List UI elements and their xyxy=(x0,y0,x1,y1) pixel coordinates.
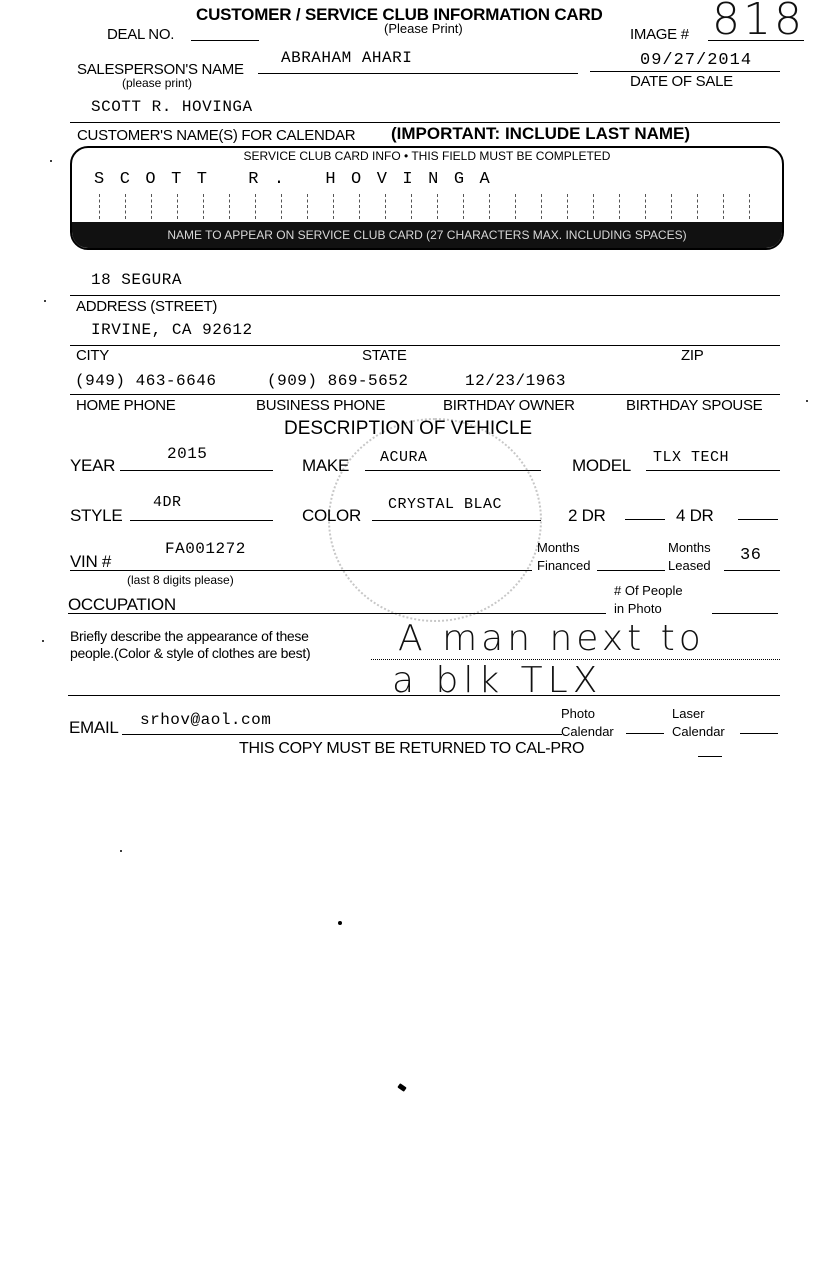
email-value: srhov@aol.com xyxy=(140,711,271,729)
deal-no-label: DEAL NO. xyxy=(107,26,174,43)
style-value: 4DR xyxy=(153,494,182,511)
months-leased-field[interactable] xyxy=(724,570,780,571)
appearance-handwritten-line2: a blk TLX xyxy=(392,660,602,701)
include-last-name-notice: (IMPORTANT: INCLUDE LAST NAME) xyxy=(391,124,690,144)
customer-names-value: SCOTT R. HOVINGA xyxy=(91,98,253,116)
character-slot-divider xyxy=(125,194,126,219)
image-number-label: IMAGE # xyxy=(630,26,689,43)
year-value: 2015 xyxy=(167,445,207,463)
street-address-value: 18 SEGURA xyxy=(91,271,182,289)
vin-hint: (last 8 digits please) xyxy=(127,573,234,587)
year-field[interactable] xyxy=(120,470,273,471)
model-field[interactable] xyxy=(646,470,780,471)
character-slot-divider xyxy=(437,194,438,219)
deal-no-value xyxy=(191,24,259,40)
salesperson-field[interactable] xyxy=(258,73,578,74)
birthday-owner-label: BIRTHDAY OWNER xyxy=(443,397,575,414)
months-leased-label-top: Months xyxy=(668,540,711,555)
email-field[interactable] xyxy=(122,734,562,735)
scan-speck xyxy=(44,300,46,302)
character-slot-divider xyxy=(697,194,698,219)
scan-speck xyxy=(397,1083,406,1092)
character-slot-divider xyxy=(593,194,594,219)
city-label: CITY xyxy=(76,347,109,364)
email-label: EMAIL xyxy=(69,718,119,738)
vehicle-section-title: DESCRIPTION OF VEHICLE xyxy=(284,418,532,440)
appearance-label-line2: people.(Color & style of clothes are bes… xyxy=(70,645,310,661)
form-subtitle: (Please Print) xyxy=(384,21,463,36)
four-door-label: 4 DR xyxy=(676,506,714,526)
color-label: COLOR xyxy=(302,506,361,526)
laser-calendar-field[interactable] xyxy=(740,733,778,734)
model-value: TLX TECH xyxy=(653,449,729,466)
service-club-card-box[interactable]: SERVICE CLUB CARD INFO • THIS FIELD MUST… xyxy=(70,146,784,250)
scan-speck xyxy=(50,160,52,162)
date-of-sale-label: DATE OF SALE xyxy=(630,73,733,90)
state-label: STATE xyxy=(362,347,407,364)
salesperson-sublabel: (please print) xyxy=(122,76,192,90)
four-door-field[interactable] xyxy=(738,519,778,520)
color-field[interactable] xyxy=(372,520,541,521)
character-slot-divider xyxy=(723,194,724,219)
style-label: STYLE xyxy=(70,506,122,526)
character-slot-divider xyxy=(177,194,178,219)
birthday-owner-value: 12/23/1963 xyxy=(465,372,566,390)
salesperson-value: ABRAHAM AHARI xyxy=(281,49,412,67)
business-phone-label: BUSINESS PHONE xyxy=(256,397,385,414)
character-slot-divider xyxy=(255,194,256,219)
street-address-field[interactable] xyxy=(70,295,780,296)
city-state-zip-value: IRVINE, CA 92612 xyxy=(91,321,253,339)
model-label: MODEL xyxy=(572,456,631,476)
character-slot-divider xyxy=(463,194,464,219)
character-slot-divider xyxy=(541,194,542,219)
photo-calendar-label-bottom: Calendar xyxy=(561,724,614,739)
character-slot-divider xyxy=(619,194,620,219)
phones-birthdays-field[interactable] xyxy=(70,394,780,395)
character-slot-divider xyxy=(385,194,386,219)
appearance-handwritten-line1: A man next to xyxy=(398,618,705,659)
character-slot-divider xyxy=(645,194,646,219)
year-label: YEAR xyxy=(70,456,115,476)
image-number-value: 818 xyxy=(712,0,805,45)
people-in-photo-field[interactable] xyxy=(712,613,778,614)
character-slot-divider xyxy=(307,194,308,219)
occupation-field[interactable] xyxy=(68,613,606,614)
customer-names-label: CUSTOMER'S NAME(S) FOR CALENDAR xyxy=(77,127,355,144)
make-label: MAKE xyxy=(302,456,349,476)
laser-calendar-label-bottom: Calendar xyxy=(672,724,725,739)
color-value: CRYSTAL BLAC xyxy=(388,496,502,513)
people-in-photo-label-bottom: in Photo xyxy=(614,601,662,616)
scan-speck xyxy=(120,850,122,852)
service-club-card-header: SERVICE CLUB CARD INFO • THIS FIELD MUST… xyxy=(72,149,782,163)
months-financed-label-bottom: Financed xyxy=(537,558,590,573)
character-slot-divider xyxy=(203,194,204,219)
service-club-card-footer: NAME TO APPEAR ON SERVICE CLUB CARD (27 … xyxy=(72,222,782,248)
vin-label: VIN # xyxy=(70,552,111,572)
character-slot-divider xyxy=(151,194,152,219)
character-slot-divider xyxy=(411,194,412,219)
scan-speck xyxy=(42,640,44,642)
months-leased-value: 36 xyxy=(740,546,761,565)
date-of-sale-value: 09/27/2014 xyxy=(640,51,752,70)
two-door-field[interactable] xyxy=(625,519,665,520)
return-notice: THIS COPY MUST BE RETURNED TO CAL-PRO xyxy=(239,740,584,758)
vin-field[interactable] xyxy=(70,570,532,571)
character-slot-divider xyxy=(281,194,282,219)
character-slot-divider xyxy=(99,194,100,219)
vin-value: FA001272 xyxy=(165,540,246,558)
scan-speck xyxy=(338,921,342,925)
months-leased-label-bottom: Leased xyxy=(668,558,711,573)
character-slot-divider xyxy=(333,194,334,219)
character-slot-divider xyxy=(359,194,360,219)
street-address-label: ADDRESS (STREET) xyxy=(76,298,217,315)
appearance-label-line1: Briefly describe the appearance of these xyxy=(70,628,309,644)
two-door-label: 2 DR xyxy=(568,506,606,526)
business-phone-value: (909) 869-5652 xyxy=(267,372,408,390)
style-field[interactable] xyxy=(130,520,273,521)
zip-label: ZIP xyxy=(681,347,703,364)
make-value: ACURA xyxy=(380,449,428,466)
photo-calendar-label-top: Photo xyxy=(561,706,595,721)
service-club-card-name-value: SCOTT R. HOVINGA xyxy=(94,170,505,189)
months-financed-field[interactable] xyxy=(597,570,665,571)
customer-names-field[interactable] xyxy=(70,122,780,123)
people-in-photo-label-top: # Of People xyxy=(614,583,683,598)
home-phone-value: (949) 463-6646 xyxy=(75,372,216,390)
return-checkmark-line xyxy=(698,756,722,757)
character-slot-divider xyxy=(515,194,516,219)
home-phone-label: HOME PHONE xyxy=(76,397,176,414)
occupation-label: OCCUPATION xyxy=(68,595,176,615)
photo-calendar-field[interactable] xyxy=(626,733,664,734)
birthday-spouse-label: BIRTHDAY SPOUSE xyxy=(626,397,762,414)
months-financed-label-top: Months xyxy=(537,540,580,555)
character-slot-divider xyxy=(229,194,230,219)
deal-no-field[interactable] xyxy=(191,40,259,41)
make-field[interactable] xyxy=(365,470,541,471)
character-slot-divider xyxy=(749,194,750,219)
laser-calendar-label-top: Laser xyxy=(672,706,705,721)
character-slot-divider xyxy=(489,194,490,219)
city-state-zip-field[interactable] xyxy=(70,345,780,346)
character-slot-divider xyxy=(671,194,672,219)
scan-speck xyxy=(806,400,808,402)
date-of-sale-field[interactable] xyxy=(590,71,780,72)
character-slot-divider xyxy=(567,194,568,219)
